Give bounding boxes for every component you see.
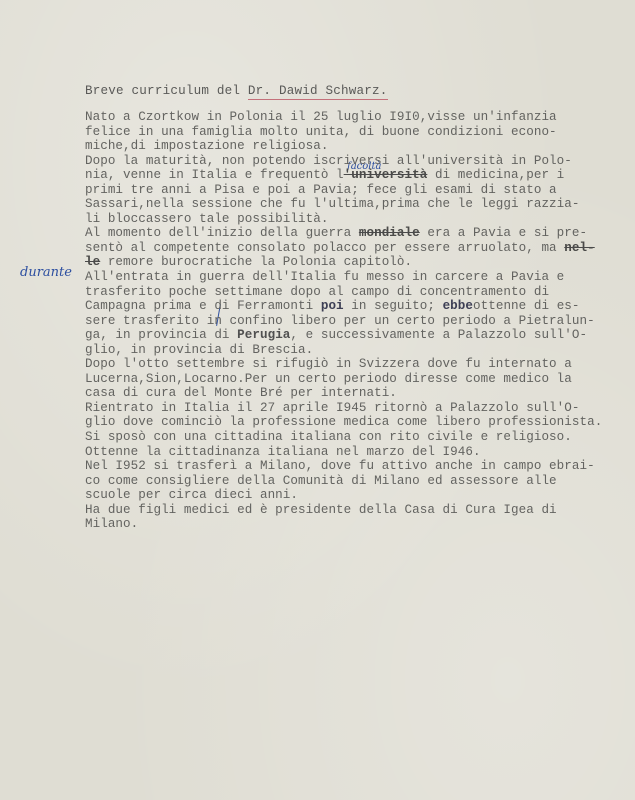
line-text: Milano.	[85, 517, 138, 531]
text-line: co come consigliere della Comunità di Mi…	[85, 474, 630, 489]
line-text: Ottenne la cittadinanza italiana nel mar…	[85, 445, 481, 459]
text-line: scuole per circa dieci anni.	[85, 488, 630, 503]
text-line: glio, in provincia di Brescia.	[85, 343, 630, 358]
title-person-name: Dr. Dawid Schwarz.	[248, 84, 388, 100]
line-text: trasferito poche settimane dopo al campo…	[85, 285, 549, 299]
text-line: li bloccassero tale possibilità.	[85, 212, 630, 227]
text-line: miche,di impostazione religiosa.	[85, 139, 630, 154]
line-text: Si sposò con una cittadina italiana con …	[85, 430, 572, 444]
text-line: nia, venne in Italia e frequentò l'unive…	[85, 168, 630, 183]
text-line: ga, in provincia di Perugia, e successiv…	[85, 328, 630, 343]
handwritten-margin-note: durante	[20, 265, 72, 280]
text-line: Campagna prima e di Ferramonti poi in se…	[85, 299, 630, 314]
line-text: Campagna prima e di Ferramonti	[85, 299, 321, 313]
crossed-out-text: ebbe	[443, 299, 473, 313]
text-line: le remore burocratiche la Polonia capito…	[85, 255, 630, 270]
line-text: scuole per circa dieci anni.	[85, 488, 298, 502]
text-line: sentò al competente consolato polacco pe…	[85, 241, 630, 256]
line-text: ga, in provincia di	[85, 328, 237, 342]
line-text: sere trasferito in confino libero per un…	[85, 314, 595, 328]
scanned-page: Breve curriculum del Dr. Dawid Schwarz. …	[0, 0, 635, 800]
text-line: sere trasferito in confino libero per un…	[85, 314, 630, 329]
line-text: co come consigliere della Comunità di Mi…	[85, 474, 557, 488]
text-line: Sassari,nella sessione che fu l'ultima,p…	[85, 197, 630, 212]
struck-text: 'università	[344, 168, 428, 182]
line-text: Dopo l'otto settembre si rifugiò in Sviz…	[85, 357, 572, 371]
line-text: Al momento dell'inizio della guerra	[85, 226, 359, 240]
line-text: Nato a Czortkow in Polonia il 25 luglio …	[85, 110, 557, 124]
text-line: felice in una famiglia molto unita, di b…	[85, 125, 630, 140]
text-line: casa di cura del Monte Bré per internati…	[85, 386, 630, 401]
text-line: Lucerna,Sion,Locarno.Per un certo period…	[85, 372, 630, 387]
corrected-text: Perugia	[237, 328, 290, 342]
text-line: Dopo l'otto settembre si rifugiò in Sviz…	[85, 357, 630, 372]
line-text: primi tre anni a Pisa e poi a Pavia; fec…	[85, 183, 557, 197]
title-prefix: Breve curriculum del	[85, 84, 248, 98]
document-title: Breve curriculum del Dr. Dawid Schwarz.	[85, 84, 388, 98]
text-line: Dopo la maturità, non potendo iscriversi…	[85, 154, 630, 169]
line-text: in seguito;	[344, 299, 443, 313]
line-text: felice in una famiglia molto unita, di b…	[85, 125, 557, 139]
line-text: Lucerna,Sion,Locarno.Per un certo period…	[85, 372, 572, 386]
struck-text: le	[85, 255, 100, 269]
line-text: All'entrata in guerra dell'Italia fu mes…	[85, 270, 564, 284]
text-line: trasferito poche settimane dopo al campo…	[85, 285, 630, 300]
line-text: miche,di impostazione religiosa.	[85, 139, 328, 153]
line-text: Rientrato in Italia il 27 aprile I945 ri…	[85, 401, 580, 415]
line-text: remore burocratiche la Polonia capitolò.	[100, 255, 412, 269]
line-text: di medicina,per i	[427, 168, 564, 182]
line-text: casa di cura del Monte Bré per internati…	[85, 386, 397, 400]
struck-text: nel-	[564, 241, 594, 255]
struck-text: mondiale	[359, 226, 420, 240]
text-line: Milano.	[85, 517, 630, 532]
line-text: Nel I952 si trasferì a Milano, dove fu a…	[85, 459, 595, 473]
line-text: sentò al competente consolato polacco pe…	[85, 241, 564, 255]
line-text: , e successivamente a Palazzolo sull'O-	[290, 328, 587, 342]
line-text: nia, venne in Italia e frequentò l	[85, 168, 344, 182]
line-text: li bloccassero tale possibilità.	[85, 212, 328, 226]
line-text: glio, in provincia di Brescia.	[85, 343, 313, 357]
text-line: Ottenne la cittadinanza italiana nel mar…	[85, 445, 630, 460]
text-line: primi tre anni a Pisa e poi a Pavia; fec…	[85, 183, 630, 198]
text-line: Si sposò con una cittadina italiana con …	[85, 430, 630, 445]
text-line: Ha due figli medici ed è presidente dell…	[85, 503, 630, 518]
text-line: Nato a Czortkow in Polonia il 25 luglio …	[85, 110, 630, 125]
line-text: Dopo la maturità, non potendo iscriversi…	[85, 154, 572, 168]
text-line: Rientrato in Italia il 27 aprile I945 ri…	[85, 401, 630, 416]
line-text: era a Pavia e si pre-	[420, 226, 587, 240]
document-body: Nato a Czortkow in Polonia il 25 luglio …	[85, 110, 630, 532]
line-text: ottenne di es-	[473, 299, 580, 313]
text-line: glio dove cominciò la professione medica…	[85, 415, 630, 430]
text-line: Nel I952 si trasferì a Milano, dove fu a…	[85, 459, 630, 474]
line-text: Ha due figli medici ed è presidente dell…	[85, 503, 557, 517]
crossed-out-text: poi	[321, 299, 344, 313]
line-text: Sassari,nella sessione che fu l'ultima,p…	[85, 197, 580, 211]
line-text: glio dove cominciò la professione medica…	[85, 415, 602, 429]
text-line: All'entrata in guerra dell'Italia fu mes…	[85, 270, 630, 285]
text-line: Al momento dell'inizio della guerra mond…	[85, 226, 630, 241]
